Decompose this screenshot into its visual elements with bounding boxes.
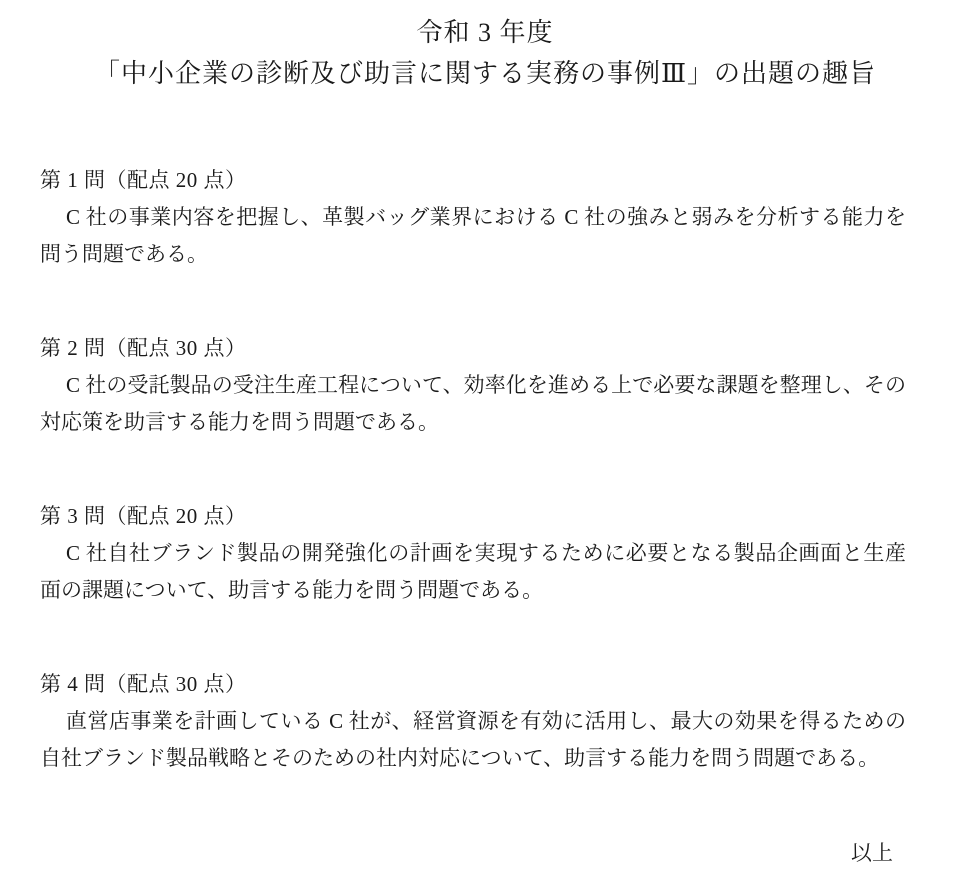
document-page: 令和 3 年度 「中小企業の診断及び助言に関する実務の事例Ⅲ」の出題の趣旨 第 …	[0, 0, 970, 884]
question-2-text-line-2: 対応策を助言する能力を問う問題である。	[40, 404, 906, 441]
question-3-text-line-2: 面の課題について、助言する能力を問う問題である。	[40, 572, 906, 609]
question-section-2: 第 2 問（配点 30 点） C 社の受託製品の受注生産工程について、効率化を進…	[40, 330, 906, 441]
question-1-text-line-1: C 社の事業内容を把握し、革製バッグ業界における C 社の強みと弱みを分析する能…	[40, 199, 906, 236]
document-body: 第 1 問（配点 20 点） C 社の事業内容を把握し、革製バッグ業界における …	[40, 162, 906, 777]
question-1-heading: 第 1 問（配点 20 点）	[40, 162, 906, 199]
question-4-heading: 第 4 問（配点 30 点）	[40, 666, 906, 703]
document-title-block: 令和 3 年度 「中小企業の診断及び助言に関する実務の事例Ⅲ」の出題の趣旨	[0, 0, 970, 94]
closing-text: 以上	[851, 841, 893, 865]
question-3-heading: 第 3 問（配点 20 点）	[40, 498, 906, 535]
question-1-text-line-2: 問う問題である。	[40, 236, 906, 273]
question-section-1: 第 1 問（配点 20 点） C 社の事業内容を把握し、革製バッグ業界における …	[40, 162, 906, 273]
question-3-text-line-1: C 社自社ブランド製品の開発強化の計画を実現するために必要となる製品企画面と生産	[40, 535, 906, 572]
question-section-4: 第 4 問（配点 30 点） 直営店事業を計画している C 社が、経営資源を有効…	[40, 666, 906, 777]
question-4-text-line-1: 直営店事業を計画している C 社が、経営資源を有効に活用し、最大の効果を得るため…	[40, 703, 906, 740]
document-title-year: 令和 3 年度	[0, 12, 970, 53]
closing-row: 以上	[40, 835, 906, 872]
question-4-text-line-2: 自社ブランド製品戦略とそのための社内対応について、助言する能力を問う問題である。	[40, 740, 906, 777]
question-2-text-line-1: C 社の受託製品の受注生産工程について、効率化を進める上で必要な課題を整理し、そ…	[40, 367, 906, 404]
question-2-heading: 第 2 問（配点 30 点）	[40, 330, 906, 367]
document-title-main: 「中小企業の診断及び助言に関する実務の事例Ⅲ」の出題の趣旨	[0, 53, 970, 94]
question-section-3: 第 3 問（配点 20 点） C 社自社ブランド製品の開発強化の計画を実現するた…	[40, 498, 906, 609]
